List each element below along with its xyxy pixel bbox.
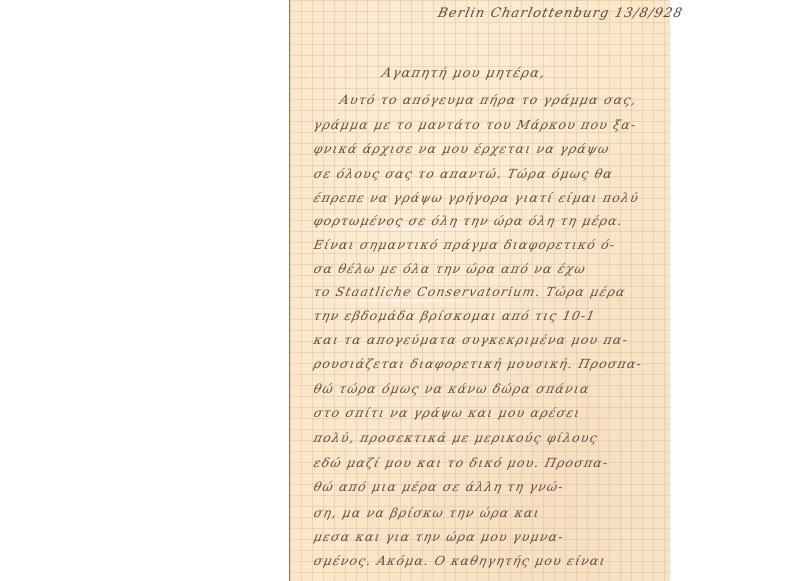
letter-line: φορτωμένος σε όλη την ώρα όλη τη μέρα. [312,213,624,228]
letter-line: έπρεπε να γράψω γρήγορα γιατί είμαι πολύ [312,190,640,205]
letter-line: εδώ μαζί μου και το δικό μου. Προσπα- [312,455,610,470]
letter-line: Αυτό το απόγευμα πήρα το γράμμα σας, [338,92,638,107]
letter-line: μεσα και για την ώρα μου γυμνα- [312,529,565,544]
letter-line: φνικά άρχισε να μου έρχεται να γράψω [312,141,611,156]
paper-fold [290,228,669,230]
letter-line: γράμμα με το μαντάτο του Μάρκου που ξα- [312,117,638,132]
letter-line: σε όλους σας το απαντώ. Τώρα όμως θα [312,166,614,181]
letter-line: και τα απογεύματα συγκεκριμένα μου πα- [312,332,629,347]
letter-salutation: Αγαπητή μου μητέρα, [380,66,547,81]
letter-paper: Berlin Charlottenburg 13/8/928 Αγαπητή μ… [289,0,669,581]
letter-line: Είναι σημαντικό πράγμα διαφορετικό ό- [312,237,617,252]
letter-line: την εβδομάδα βρίσκομαι από τις 10-1 [312,308,597,323]
letter-line: θώ τώρα όμως να κάνω δώρα σπάνια [312,381,591,396]
letter-line: πολύ, προσεκτικά με μερικούς φίλους [312,430,599,445]
paper-fold [290,445,669,447]
letter-line: στο σπίτι να γράψω και μου αρέσει [312,405,582,420]
letter-line: ρουσιάζεται διαφορετική μουσική. Προσπα- [312,356,643,371]
paper-fold [290,300,669,302]
letter-header-place-date: Berlin Charlottenburg 13/8/928 [436,6,684,21]
letter-line: το Staatliche Conservatorium. Τώρα μέρα [312,284,627,299]
letter-line: θώ από μια μέρα σε άλλη τη γνώ- [312,479,565,494]
letter-line: ση, μα να βρίσκω την ώρα και [312,505,541,520]
letter-line: σα θέλω με όλα την ώρα από να έχω [312,261,587,276]
scanned-page: Berlin Charlottenburg 13/8/928 Αγαπητή μ… [0,0,800,581]
letter-line: σμένος. Ακόμα. Ο καθηγητής μου είναι [312,553,607,568]
